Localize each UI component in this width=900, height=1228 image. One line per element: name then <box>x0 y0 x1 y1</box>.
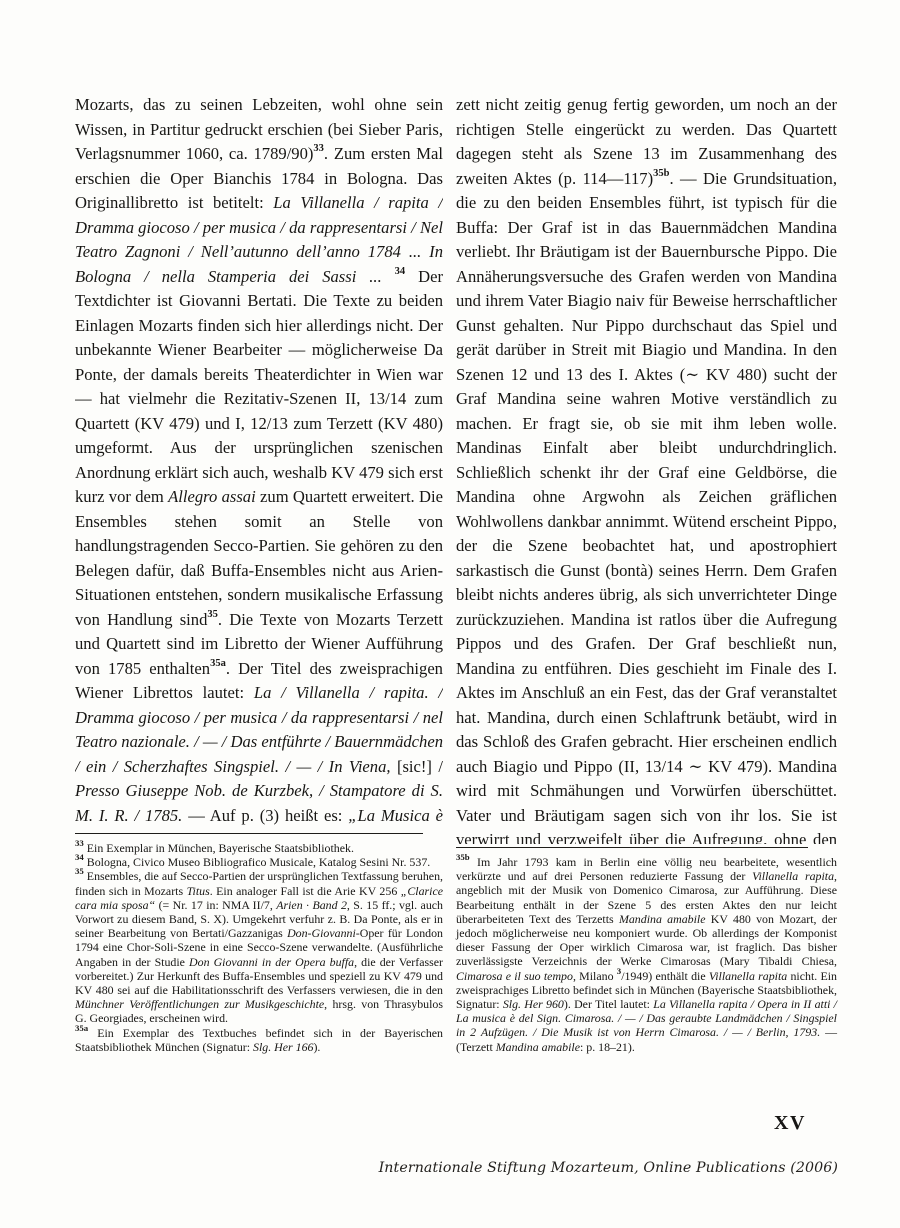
footnote-35a: 35a Ein Exemplar des Textbuches befindet… <box>75 1026 443 1054</box>
document-page: Mozarts, das zu seinen Lebzeiten, wohl o… <box>0 0 900 1228</box>
footnote-35b: 35b Im Jahr 1793 kam in Berlin eine völl… <box>456 855 837 1054</box>
left-column: Mozarts, das zu seinen Lebzeiten, wohl o… <box>75 93 443 1054</box>
page-number: XV <box>770 1112 810 1135</box>
right-column-body-text: zett nicht zeitig genug fertig geworden,… <box>456 93 837 844</box>
text-columns: Mozarts, das zu seinen Lebzeiten, wohl o… <box>75 93 837 1054</box>
footnote-33: 33 Ein Exemplar in München, Bayerische S… <box>75 841 443 855</box>
footnote-34: 34 Bologna, Civico Museo Bibliografico M… <box>75 855 443 869</box>
footnote-35: 35 Ensembles, die auf Secco-Partien der … <box>75 869 443 1025</box>
footer-credit: Internationale Stiftung Mozarteum, Onlin… <box>379 1160 838 1176</box>
right-column: zett nicht zeitig genug fertig geworden,… <box>456 93 837 1054</box>
footnote-separator-left <box>75 833 423 834</box>
left-column-body-text: Mozarts, das zu seinen Lebzeiten, wohl o… <box>75 93 443 830</box>
right-footnotes: 35b Im Jahr 1793 kam in Berlin eine völl… <box>456 855 837 1054</box>
footnote-separator-right <box>456 847 808 848</box>
left-footnotes: 33 Ein Exemplar in München, Bayerische S… <box>75 841 443 1054</box>
